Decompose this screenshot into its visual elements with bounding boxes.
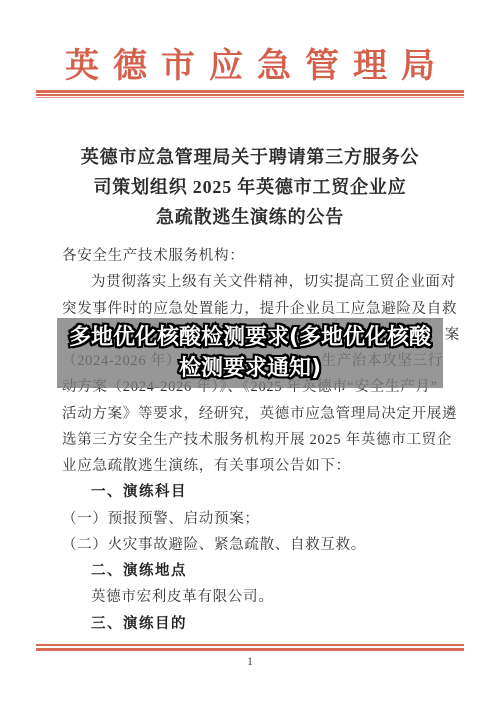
body-line-salutation: 各安全生产技术服务机构： (62, 243, 443, 269)
body-line: 业应急疏散逃生演练，有关事项公告如下： (62, 453, 443, 479)
letterhead-divider (36, 90, 464, 98)
section-heading-3: 三、演练目的 (62, 611, 443, 637)
body-line: （一）预报预警、启动预案； (62, 506, 443, 532)
body-line: 英德市宏利皮革有限公司。 (62, 584, 443, 610)
watermark-title-line-1: 多地优化核酸检测要求(多地优化核酸 (57, 322, 443, 353)
watermark-title-line-2: 检测要求通知) (57, 353, 443, 384)
body-line: 活动方案》等要求，经研究，英德市应急管理局决定开展遴 (62, 401, 443, 427)
page-number: 1 (0, 654, 500, 669)
document-title-line-1: 英德市应急管理局关于聘请第三方服务公 (40, 142, 460, 172)
footer-divider (36, 644, 464, 651)
body-line: 为贯彻落实上级有关文件精神，切实提高工贸企业面对 (62, 269, 443, 295)
document-title-line-3: 急疏散逃生演练的公告 (40, 202, 460, 232)
document-title: 英德市应急管理局关于聘请第三方服务公 司策划组织 2025 年英德市工贸企业应 … (40, 142, 460, 232)
letterhead-divider-thin-line (36, 97, 464, 98)
letterhead-agency-title: 英德市应急管理局 (0, 38, 500, 87)
section-heading-1: 一、演练科目 (62, 479, 443, 505)
body-line: 选第三方安全生产技术服务机构开展 2025 年英德市工贸企 (62, 427, 443, 453)
footer-divider-thick-line (36, 648, 464, 651)
body-text: 各安全生产技术服务机构： 为贯彻落实上级有关文件精神，切实提高工贸企业面对 突发… (62, 243, 443, 637)
body-line: （二）火灾事故避险、紧急疏散、自救互救。 (62, 532, 443, 558)
document-title-line-2: 司策划组织 2025 年英德市工贸企业应 (40, 172, 460, 202)
document-page: 英德市应急管理局 英德市应急管理局关于聘请第三方服务公 司策划组织 2025 年… (0, 0, 500, 706)
watermark-overlay-banner: 多地优化核酸检测要求(多地优化核酸 检测要求通知) (57, 318, 443, 388)
section-heading-2: 二、演练地点 (62, 558, 443, 584)
